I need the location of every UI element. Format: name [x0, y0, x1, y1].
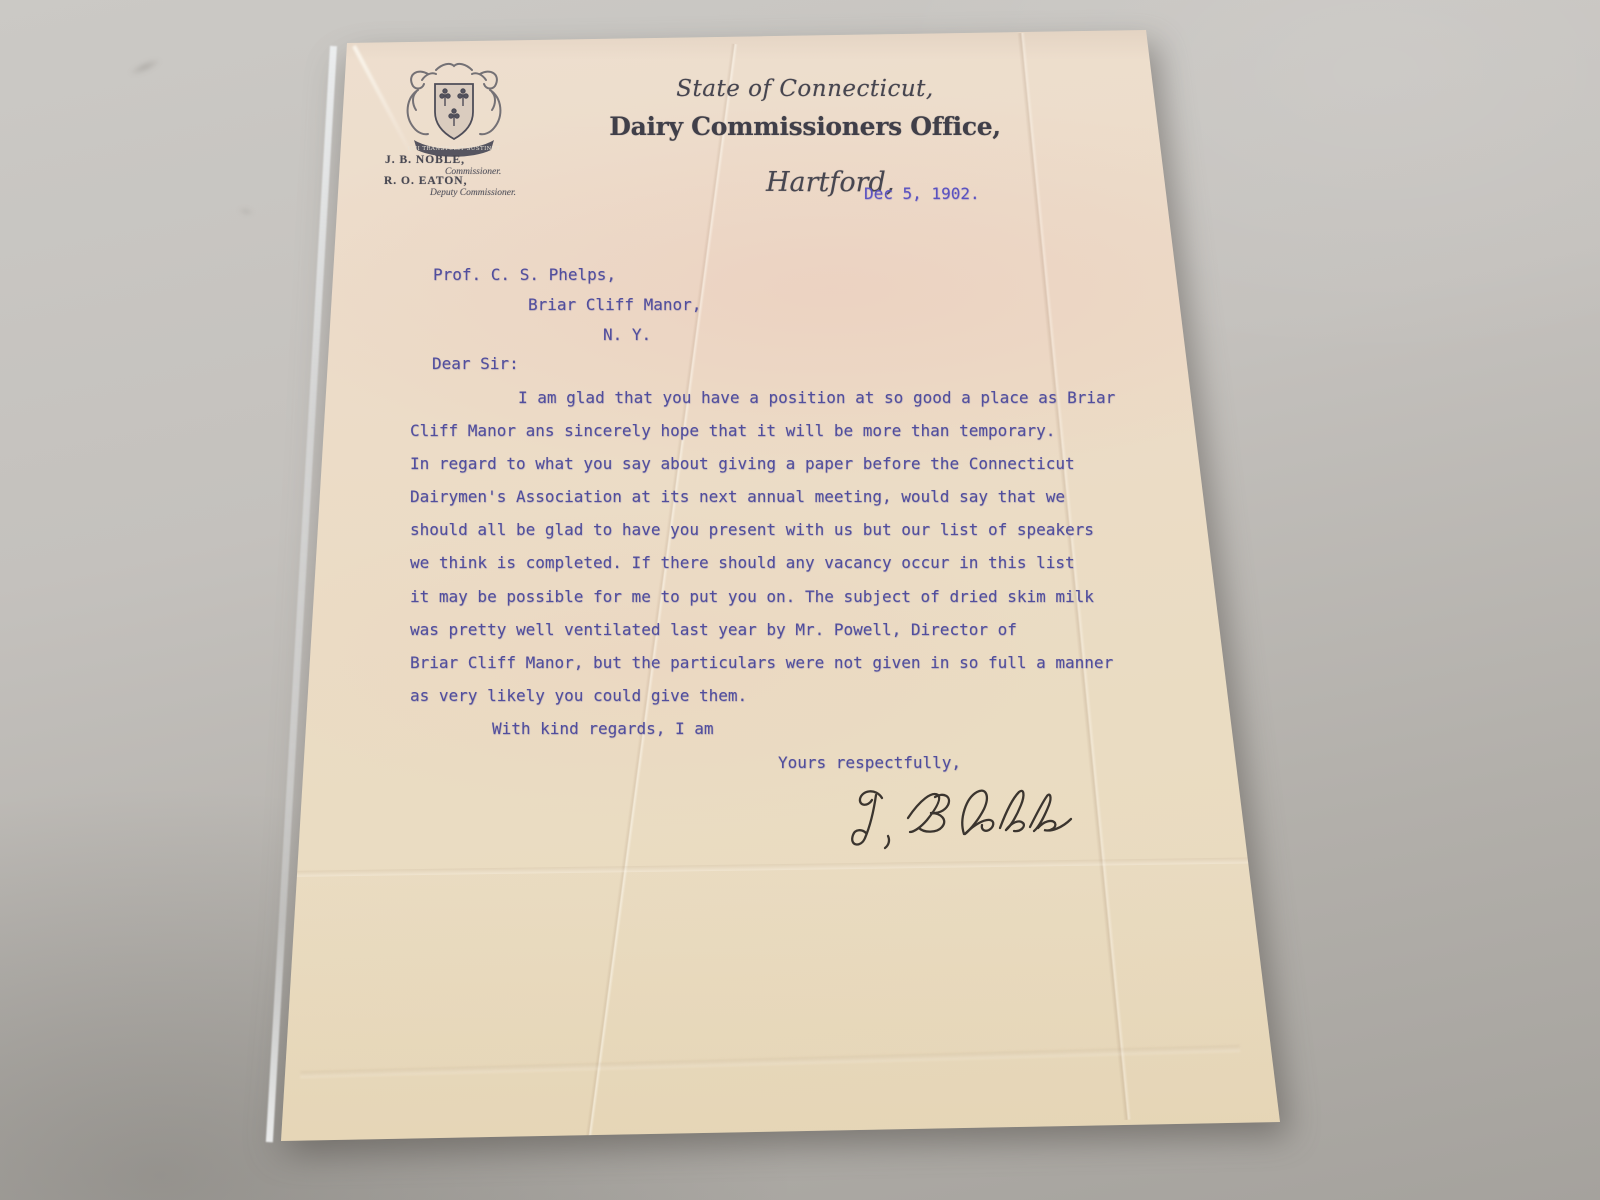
letter-paper: QUI TRANSTULIT SUSTINET J. B. NOBLE, Com…: [0, 0, 1600, 1200]
body-line: I am glad that you have a position at so…: [410, 381, 1115, 414]
body-line: as very likely you could give them.: [410, 679, 1115, 712]
body-line: In regard to what you say about giving a…: [410, 447, 1115, 480]
official-name: J. B. NOBLE,: [385, 154, 465, 166]
seal-motto: QUI TRANSTULIT SUSTINET: [408, 146, 501, 152]
body-line: Dairymen's Association at its next annua…: [410, 480, 1115, 513]
closing-valediction: Yours respectfully,: [778, 753, 961, 772]
official-title: Deputy Commissioner.: [430, 188, 516, 198]
letter-photo: QUI TRANSTULIT SUSTINET J. B. NOBLE, Com…: [0, 0, 1600, 1200]
body-line: Cliff Manor ans sincerely hope that it w…: [410, 414, 1115, 447]
signature: J. B Noble: [842, 778, 1082, 860]
recipient-address-line: N. Y.: [603, 325, 651, 344]
recipient-address-line: Briar Cliff Manor,: [528, 295, 701, 314]
body-line: Briar Cliff Manor, but the particulars w…: [410, 646, 1115, 679]
body-line: we think is completed. If there should a…: [410, 546, 1115, 579]
letter-paper-wrap: QUI TRANSTULIT SUSTINET J. B. NOBLE, Com…: [0, 0, 1600, 1200]
fold-crease-horizontal: [300, 1045, 1240, 1078]
body-line: should all be glad to have you present w…: [410, 513, 1115, 546]
official-name: R. O. EATON,: [384, 175, 467, 187]
body-line: it may be possible for me to put you on.…: [410, 580, 1115, 613]
closing-kind-regards: With kind regards, I am: [492, 719, 714, 738]
typed-date: Dec 5, 1902.: [864, 184, 980, 203]
letterhead-office-line: Dairy Commissioners Office,: [609, 112, 1001, 141]
letterhead-state-line: State of Connecticut,: [676, 76, 933, 102]
salutation: Dear Sir:: [432, 354, 519, 373]
body-line: was pretty well ventilated last year by …: [410, 613, 1115, 646]
letter-body: I am glad that you have a position at so…: [410, 381, 1115, 712]
connecticut-state-seal: QUI TRANSTULIT SUSTINET: [398, 60, 510, 160]
recipient-name: Prof. C. S. Phelps,: [433, 265, 616, 284]
fold-crease-horizontal: [292, 857, 1272, 877]
